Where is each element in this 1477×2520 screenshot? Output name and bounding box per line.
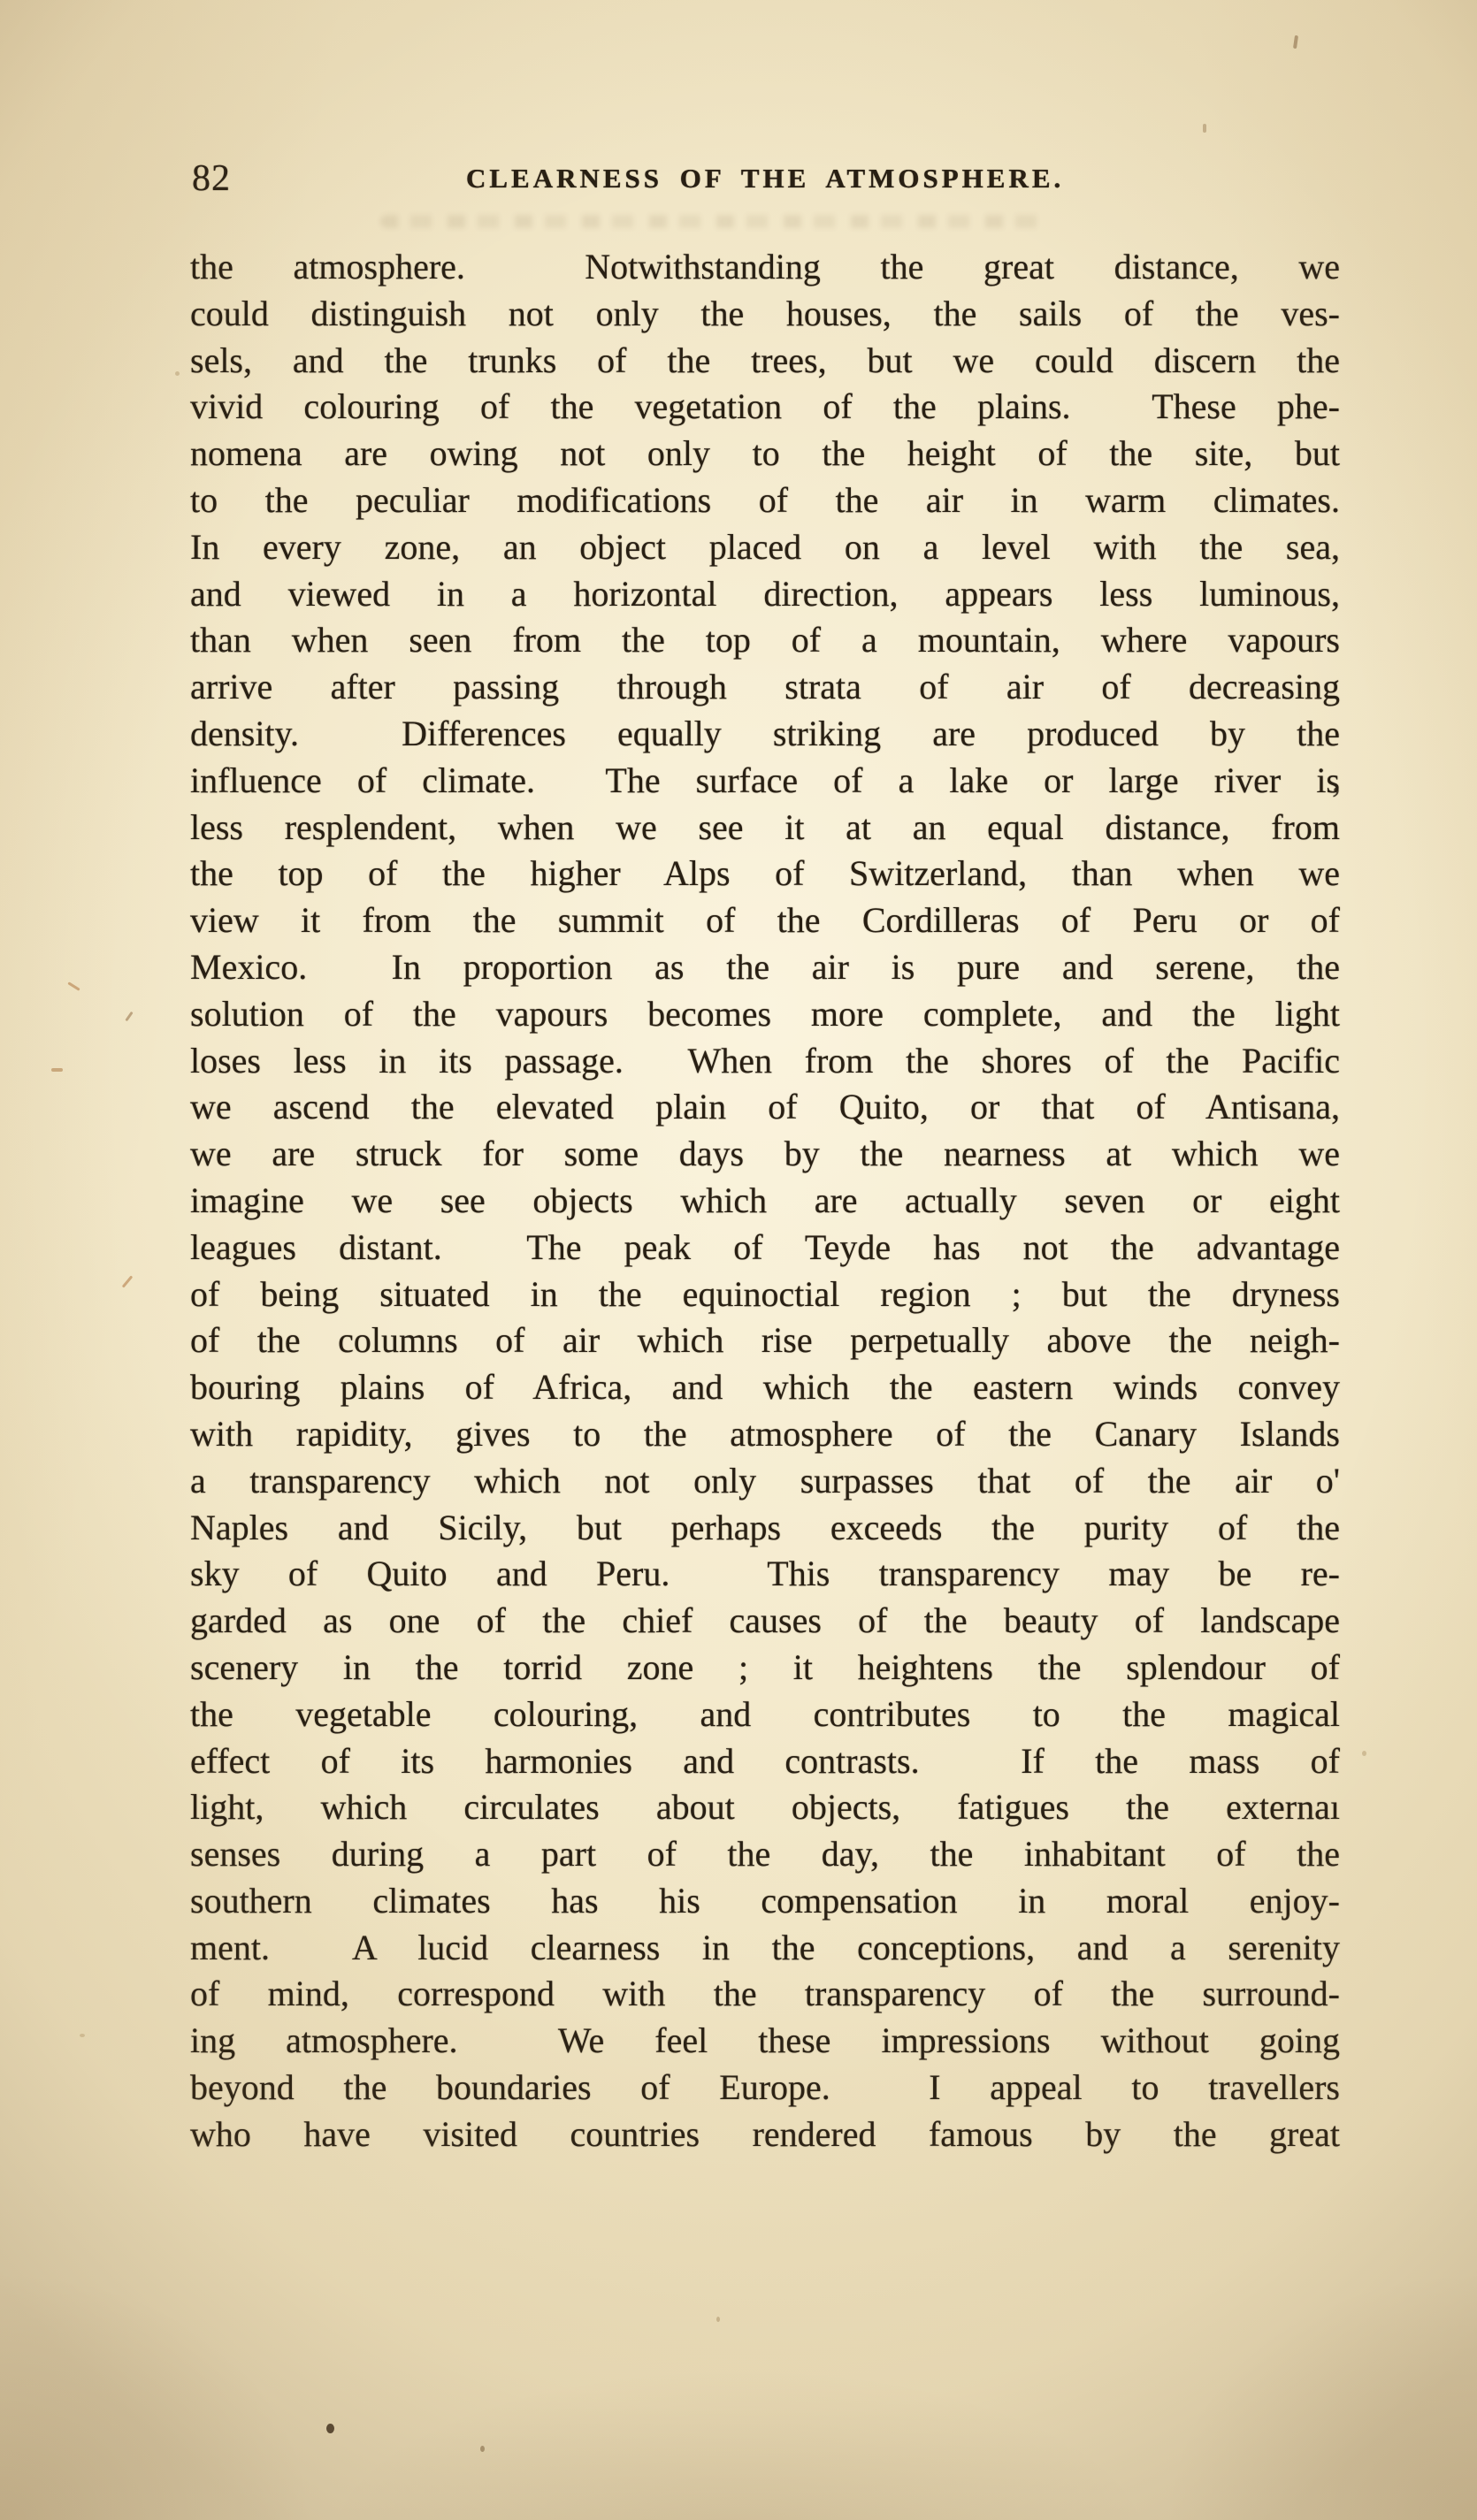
text-line: the atmosphere. Notwithstanding the grea… [190,244,1340,291]
text-line: effect of its harmonies and contrasts. I… [190,1738,1340,1785]
text-line: a transparency which not only surpasses … [190,1458,1340,1505]
text-line: of the columns of air which rise perpetu… [190,1317,1340,1364]
text-line: vivid colouring of the vegetation of the… [190,384,1340,431]
paper-speck [80,2034,85,2037]
paper-speck [1362,1751,1366,1756]
body-text: the atmosphere. Notwithstanding the grea… [190,244,1340,2158]
text-line: sels, and the trunks of the trees, but w… [190,338,1340,385]
text-line: leagues distant. The peak of Teyde has n… [190,1225,1340,1271]
text-line: could distinguish not only the houses, t… [190,291,1340,338]
show-through-artifact [380,215,1052,228]
paper-speck [51,1068,63,1072]
paper-speck [122,1275,134,1287]
text-line: with rapidity, gives to the atmosphere o… [190,1411,1340,1458]
text-line: of mind, correspond with the transparenc… [190,1971,1340,2018]
text-line: than when seen from the top of a mountai… [190,617,1340,664]
text-line: we ascend the elevated plain of Quito, o… [190,1084,1340,1131]
text-line: scenery in the torrid zone ; it heighten… [190,1645,1340,1691]
text-line: Mexico. In proportion as the air is pure… [190,944,1340,991]
text-line: sky of Quito and Peru. This transparency… [190,1551,1340,1598]
paper-speck [716,2317,720,2322]
paper-speck [1203,124,1206,133]
text-line: loses less in its passage. When from the… [190,1038,1340,1085]
stray-ink-comma: , [1332,759,1341,800]
text-line: view it from the summit of the Cordiller… [190,897,1340,944]
text-line: density. Differences equally striking ar… [190,711,1340,758]
text-line: Naples and Sicily, but perhaps exceeds t… [190,1505,1340,1552]
text-line: and viewed in a horizontal direction, ap… [190,571,1340,618]
text-line: In every zone, an object placed on a lev… [190,524,1340,571]
text-line: senses during a part of the day, the inh… [190,1831,1340,1878]
paper-speck [125,1012,133,1022]
text-line: southern climates has his compensation i… [190,1878,1340,1925]
paper-speck [480,2446,485,2452]
text-line: nomena are owing not only to the height … [190,431,1340,477]
text-line: who have visited countries rendered famo… [190,2111,1340,2158]
text-line: garded as one of the chief causes of the… [190,1598,1340,1645]
text-line: bouring plains of Africa, and which the … [190,1364,1340,1411]
text-line: beyond the boundaries of Europe. I appea… [190,2065,1340,2111]
text-line: ing atmosphere. We feel these impression… [190,2018,1340,2065]
text-line: ment. A lucid clearness in the conceptio… [190,1925,1340,1972]
page-header: 82 CLEARNESS OF THE ATMOSPHERE. [190,156,1340,209]
text-line: the top of the higher Alps of Switzerlan… [190,851,1340,897]
text-line: light, which circulates about objects, f… [190,1784,1340,1831]
paper-speck [1293,35,1298,49]
text-line: less resplendent, when we see it at an e… [190,805,1340,851]
text-line: the vegetable colouring, and contributes… [190,1691,1340,1738]
paper-speck [67,981,80,990]
text-line: arrive after passing through strata of a… [190,664,1340,711]
running-title: CLEARNESS OF THE ATMOSPHERE. [190,163,1340,195]
text-line: of being situated in the equinoctial reg… [190,1271,1340,1318]
text-line: we are struck for some days by the nearn… [190,1131,1340,1178]
text-line: solution of the vapours becomes more com… [190,991,1340,1038]
paper-speck [326,2424,334,2433]
text-line: influence of climate. The surface of a l… [190,758,1340,805]
book-page: 82 CLEARNESS OF THE ATMOSPHERE. the atmo… [0,0,1477,2520]
text-line: imagine we see objects which are actuall… [190,1178,1340,1225]
paper-speck [175,371,180,376]
text-line: to the peculiar modifications of the air… [190,477,1340,524]
